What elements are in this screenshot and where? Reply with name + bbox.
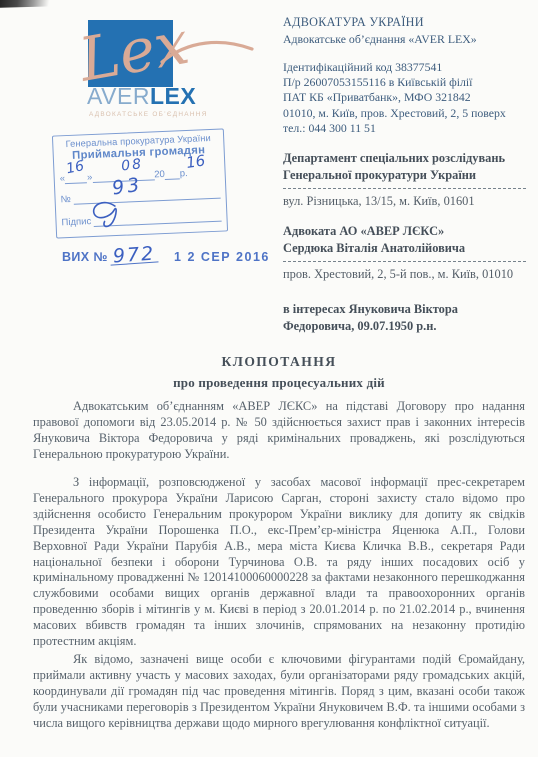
addressee-lawyer-line1: Адвоката АО «АВЕР ЛЄКС» [283, 223, 526, 240]
outgoing-date-stamp: 1 2 СЕР 2016 [174, 250, 270, 264]
reception-stamp: Генеральна прокуратура України Приймальн… [52, 128, 228, 238]
document-page: Lex AVERLEX АДВОКАТСЬКЕ ОБ’ЄДНАННЯ АДВОК… [0, 0, 538, 757]
addressee-department-line2: Генеральної прокуратури України [283, 167, 526, 184]
letterhead-account: П/р 26007053155116 в Київській філії [283, 75, 533, 90]
stamp-year-prefix: 20 [154, 169, 165, 180]
stamp-number-label: № [60, 194, 71, 205]
logo-word-lex: LEX [150, 83, 196, 109]
handwritten-month: 08 [120, 156, 143, 174]
addressee-lawyer-address: пров. Хрестовий, 2, 5-й пов., м. Київ, 0… [283, 266, 526, 282]
addressee-client-line1: в інтересах Януковича Віктора [283, 301, 526, 318]
title-main: КЛОПОТАННЯ [33, 354, 525, 370]
stamp-number-row: № 93 [60, 183, 221, 206]
letterhead-details: Ідентифікаційний код 38377541 П/р 260070… [283, 60, 533, 136]
scan-artifact [0, 0, 58, 8]
letterhead-bank: ПАТ КБ «Приватбанк», МФО 321842 [283, 90, 533, 105]
letterhead-phone: тел.: 044 300 11 51 [283, 121, 533, 136]
addressee-client-line2: Федоровича, 09.07.1950 р.н. [283, 318, 526, 335]
addressee-lawyer-line2: Сердюка Віталія Анатолійовича [283, 240, 526, 257]
body-paragraph-3: Як відомо, зазначені вище особи є ключов… [33, 652, 525, 732]
outgoing-label: ВИХ № [62, 250, 108, 264]
outgoing-number-stamp: ВИХ № 972 1 2 СЕР 2016 [62, 247, 270, 264]
signature-scribble [87, 196, 138, 230]
dashed-divider [283, 188, 526, 189]
letterhead-org-caps: АДВОКАТУРА УКРАЇНИ [283, 15, 533, 30]
body-paragraph-2: З інформації, розповсюдженої у засобах м… [33, 475, 525, 650]
document-title: КЛОПОТАННЯ про проведення процесуальних … [33, 354, 525, 391]
addressee-department-line1: Департамент спеціальних розслідувань [283, 150, 526, 167]
handwritten-year: 16 [185, 151, 207, 172]
addressee-department-address: вул. Різницька, 13/15, м. Київ, 01601 [283, 193, 526, 209]
stamp-signature-row: Підпис [61, 206, 222, 229]
letterhead-address: 01010, м. Київ, пров. Хрестовий, 2, 5 по… [283, 106, 533, 121]
title-subtitle: про проведення процесуальних дій [33, 375, 525, 391]
logo-wordmark: AVERLEX [87, 84, 196, 108]
dashed-divider [283, 261, 526, 262]
addressee-block: Департамент спеціальних розслідувань Ген… [283, 150, 526, 335]
body-paragraph-1: Адвокатським об’єднанням «АВЕР ЛЄКС» на … [33, 399, 525, 463]
letterhead-contact-block: АДВОКАТУРА УКРАЇНИ Адвокатське об’єднанн… [283, 15, 533, 136]
letterhead-id-code: Ідентифікаційний код 38377541 [283, 60, 533, 75]
stamp-year-slot [165, 167, 180, 180]
outgoing-handwritten-number: 972 [109, 245, 158, 265]
letterhead-org-name: Адвокатське об’єднання «AVER LEX» [283, 32, 533, 47]
logo-word-aver: AVER [87, 83, 150, 109]
logo-caption: АДВОКАТСЬКЕ ОБ’ЄДНАННЯ [89, 111, 208, 118]
